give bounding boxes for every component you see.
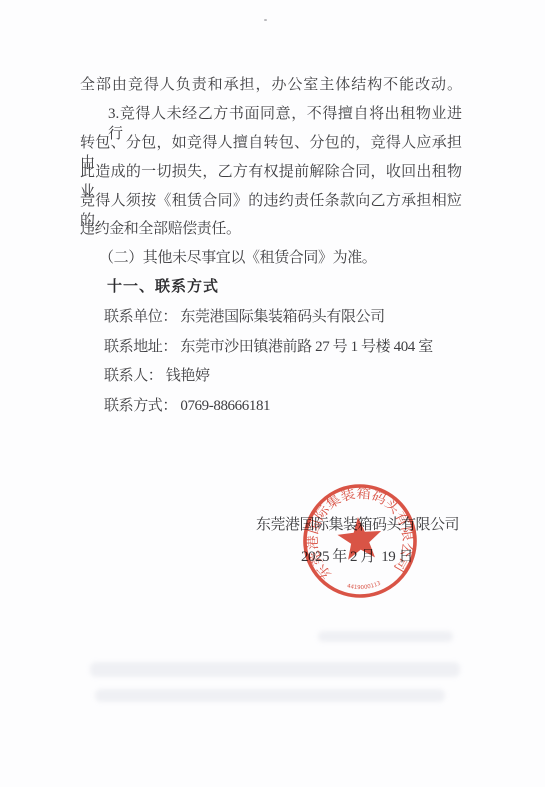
seal-star-icon [336,515,383,560]
contact-phone-line: 联系方式： 0769-88666181 [104,396,270,416]
contact-unit-line: 联系单位： 东莞港国际集装箱码头有限公司 [104,307,385,327]
scan-noise-speck [264,19,267,21]
bleedthrough-smudge [318,631,453,642]
contact-address-line: 联系地址： 东莞市沙田镇港前路 27 号 1 号楼 404 室 [104,337,433,357]
document-page: 全部由竞得人负责和承担，办公室主体结构不能改动。 3.竞得人未经乙方书面同意，不… [0,0,545,787]
body-line: 违约金和全部赔偿责任。 [80,219,462,239]
body-line: 全部由竞得人负责和承担，办公室主体结构不能改动。 [80,75,462,95]
body-line: （二）其他未尽事宜以《租赁合同》为准。 [99,248,376,268]
bleedthrough-smudge [95,689,445,702]
contact-person-line: 联系人： 钱艳婷 [104,366,210,386]
svg-text:4419000113: 4419000113 [346,580,383,592]
bleedthrough-smudge [90,662,460,677]
seal-serial-number: 4419000113 [346,580,383,592]
official-seal-stamp: 东莞港国际集装箱码头有限公司 4419000113 [290,471,431,612]
section-heading: 十一、联系方式 [107,277,219,297]
